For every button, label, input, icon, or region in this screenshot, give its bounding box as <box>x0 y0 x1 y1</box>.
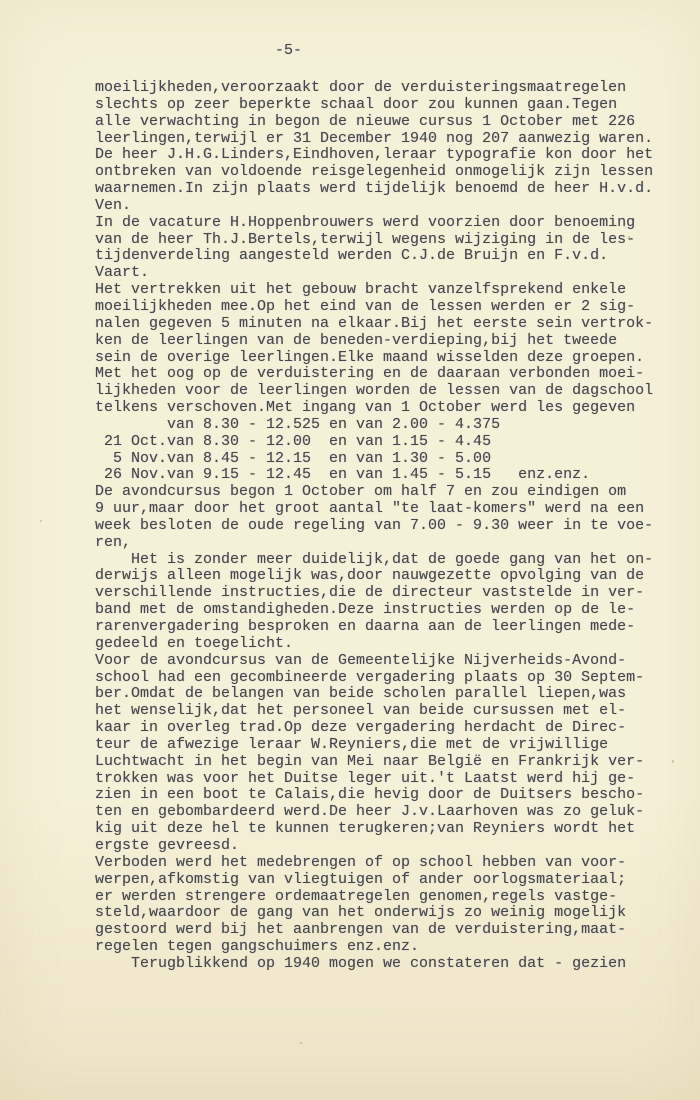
paper-speck <box>672 760 674 763</box>
scanned-page: -5- moeilijkheden,veroorzaakt door de ve… <box>0 0 700 1100</box>
paper-speck <box>40 520 42 522</box>
page-number: -5- <box>275 42 302 59</box>
typewritten-body-text: moeilijkheden,veroorzaakt door de verdui… <box>95 80 653 973</box>
paper-speck <box>628 236 630 238</box>
paper-speck <box>300 1042 302 1044</box>
